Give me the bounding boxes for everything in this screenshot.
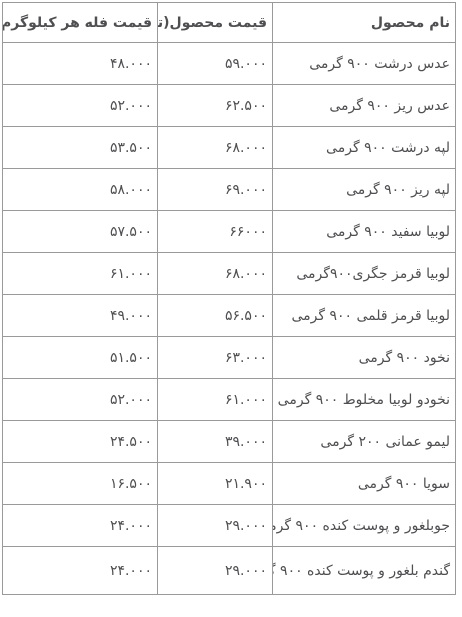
product-name-cell: جوبلغور و پوست کنده ۹۰۰ گرمی	[273, 505, 456, 547]
table-row: لوبیا قرمز قلمی ۹۰۰ گرمی ۵۶.۵۰۰ ۴۹.۰۰۰	[3, 295, 456, 337]
product-name-cell: نخودو لوبیا مخلوط ۹۰۰ گرمی	[273, 379, 456, 421]
product-name-cell: لوبیا سفید ۹۰۰ گرمی	[273, 211, 456, 253]
product-price-cell: ۶۲.۵۰۰	[158, 85, 273, 127]
table-row: عدس ریز ۹۰۰ گرمی ۶۲.۵۰۰ ۵۲.۰۰۰	[3, 85, 456, 127]
bulk-price-cell: ۴۸.۰۰۰	[3, 43, 158, 85]
product-name-cell: لپه ریز ۹۰۰ گرمی	[273, 169, 456, 211]
product-price-cell: ۶۱.۰۰۰	[158, 379, 273, 421]
product-name-cell: گندم بلغور و پوست کنده ۹۰۰ گرمی	[273, 547, 456, 595]
product-price-cell: ۶۹.۰۰۰	[158, 169, 273, 211]
product-price-cell: ۶۸.۰۰۰	[158, 253, 273, 295]
product-name-cell: لپه درشت ۹۰۰ گرمی	[273, 127, 456, 169]
table-row: لپه درشت ۹۰۰ گرمی ۶۸.۰۰۰ ۵۳.۵۰۰	[3, 127, 456, 169]
table-row: جوبلغور و پوست کنده ۹۰۰ گرمی ۲۹.۰۰۰ ۲۴.۰…	[3, 505, 456, 547]
product-name-cell: سویا ۹۰۰ گرمی	[273, 463, 456, 505]
product-price-cell: ۲۹.۰۰۰	[158, 547, 273, 595]
product-name-cell: لیمو عمانی ۲۰۰ گرمی	[273, 421, 456, 463]
table-header: نام محصول قیمت محصول(تومان) قیمت فله هر …	[3, 3, 456, 43]
table-row: لوبیا سفید ۹۰۰ گرمی ۶۶۰۰۰ ۵۷.۵۰۰	[3, 211, 456, 253]
bulk-price-cell: ۵۷.۵۰۰	[3, 211, 158, 253]
table-row: نخود ۹۰۰ گرمی ۶۳.۰۰۰ ۵۱.۵۰۰	[3, 337, 456, 379]
product-name-cell: عدس درشت ۹۰۰ گرمی	[273, 43, 456, 85]
header-product-price: قیمت محصول(تومان)	[158, 3, 273, 43]
product-name-cell: لوبیا قرمز جگری۹۰۰گرمی	[273, 253, 456, 295]
bulk-price-cell: ۵۸.۰۰۰	[3, 169, 158, 211]
product-name-cell: عدس ریز ۹۰۰ گرمی	[273, 85, 456, 127]
product-price-cell: ۶۶۰۰۰	[158, 211, 273, 253]
product-name-cell: لوبیا قرمز قلمی ۹۰۰ گرمی	[273, 295, 456, 337]
product-price-cell: ۵۹.۰۰۰	[158, 43, 273, 85]
bulk-price-cell: ۵۳.۵۰۰	[3, 127, 158, 169]
table-row: لیمو عمانی ۲۰۰ گرمی ۳۹.۰۰۰ ۲۴.۵۰۰	[3, 421, 456, 463]
page: نام محصول قیمت محصول(تومان) قیمت فله هر …	[0, 0, 462, 617]
table-row: سویا ۹۰۰ گرمی ۲۱.۹۰۰ ۱۶.۵۰۰	[3, 463, 456, 505]
bulk-price-cell: ۵۱.۵۰۰	[3, 337, 158, 379]
product-price-cell: ۲۱.۹۰۰	[158, 463, 273, 505]
bulk-price-cell: ۵۲.۰۰۰	[3, 379, 158, 421]
product-price-cell: ۵۶.۵۰۰	[158, 295, 273, 337]
bulk-price-cell: ۲۴.۰۰۰	[3, 547, 158, 595]
header-bulk-price: قیمت فله هر کیلوگرم(تومان)	[3, 3, 158, 43]
header-product-name: نام محصول	[273, 3, 456, 43]
table-body: عدس درشت ۹۰۰ گرمی ۵۹.۰۰۰ ۴۸.۰۰۰ عدس ریز …	[3, 43, 456, 595]
table-row: لپه ریز ۹۰۰ گرمی ۶۹.۰۰۰ ۵۸.۰۰۰	[3, 169, 456, 211]
bulk-price-cell: ۲۴.۰۰۰	[3, 505, 158, 547]
product-price-cell: ۶۸.۰۰۰	[158, 127, 273, 169]
product-price-cell: ۲۹.۰۰۰	[158, 505, 273, 547]
product-price-cell: ۶۳.۰۰۰	[158, 337, 273, 379]
table-row: لوبیا قرمز جگری۹۰۰گرمی ۶۸.۰۰۰ ۶۱.۰۰۰	[3, 253, 456, 295]
table-row: نخودو لوبیا مخلوط ۹۰۰ گرمی ۶۱.۰۰۰ ۵۲.۰۰۰	[3, 379, 456, 421]
table-row: عدس درشت ۹۰۰ گرمی ۵۹.۰۰۰ ۴۸.۰۰۰	[3, 43, 456, 85]
product-price-table: نام محصول قیمت محصول(تومان) قیمت فله هر …	[2, 2, 456, 595]
table-row: گندم بلغور و پوست کنده ۹۰۰ گرمی ۲۹.۰۰۰ ۲…	[3, 547, 456, 595]
bulk-price-cell: ۲۴.۵۰۰	[3, 421, 158, 463]
product-name-cell: نخود ۹۰۰ گرمی	[273, 337, 456, 379]
bulk-price-cell: ۶۱.۰۰۰	[3, 253, 158, 295]
bulk-price-cell: ۵۲.۰۰۰	[3, 85, 158, 127]
header-row: نام محصول قیمت محصول(تومان) قیمت فله هر …	[3, 3, 456, 43]
bulk-price-cell: ۱۶.۵۰۰	[3, 463, 158, 505]
product-price-cell: ۳۹.۰۰۰	[158, 421, 273, 463]
bulk-price-cell: ۴۹.۰۰۰	[3, 295, 158, 337]
